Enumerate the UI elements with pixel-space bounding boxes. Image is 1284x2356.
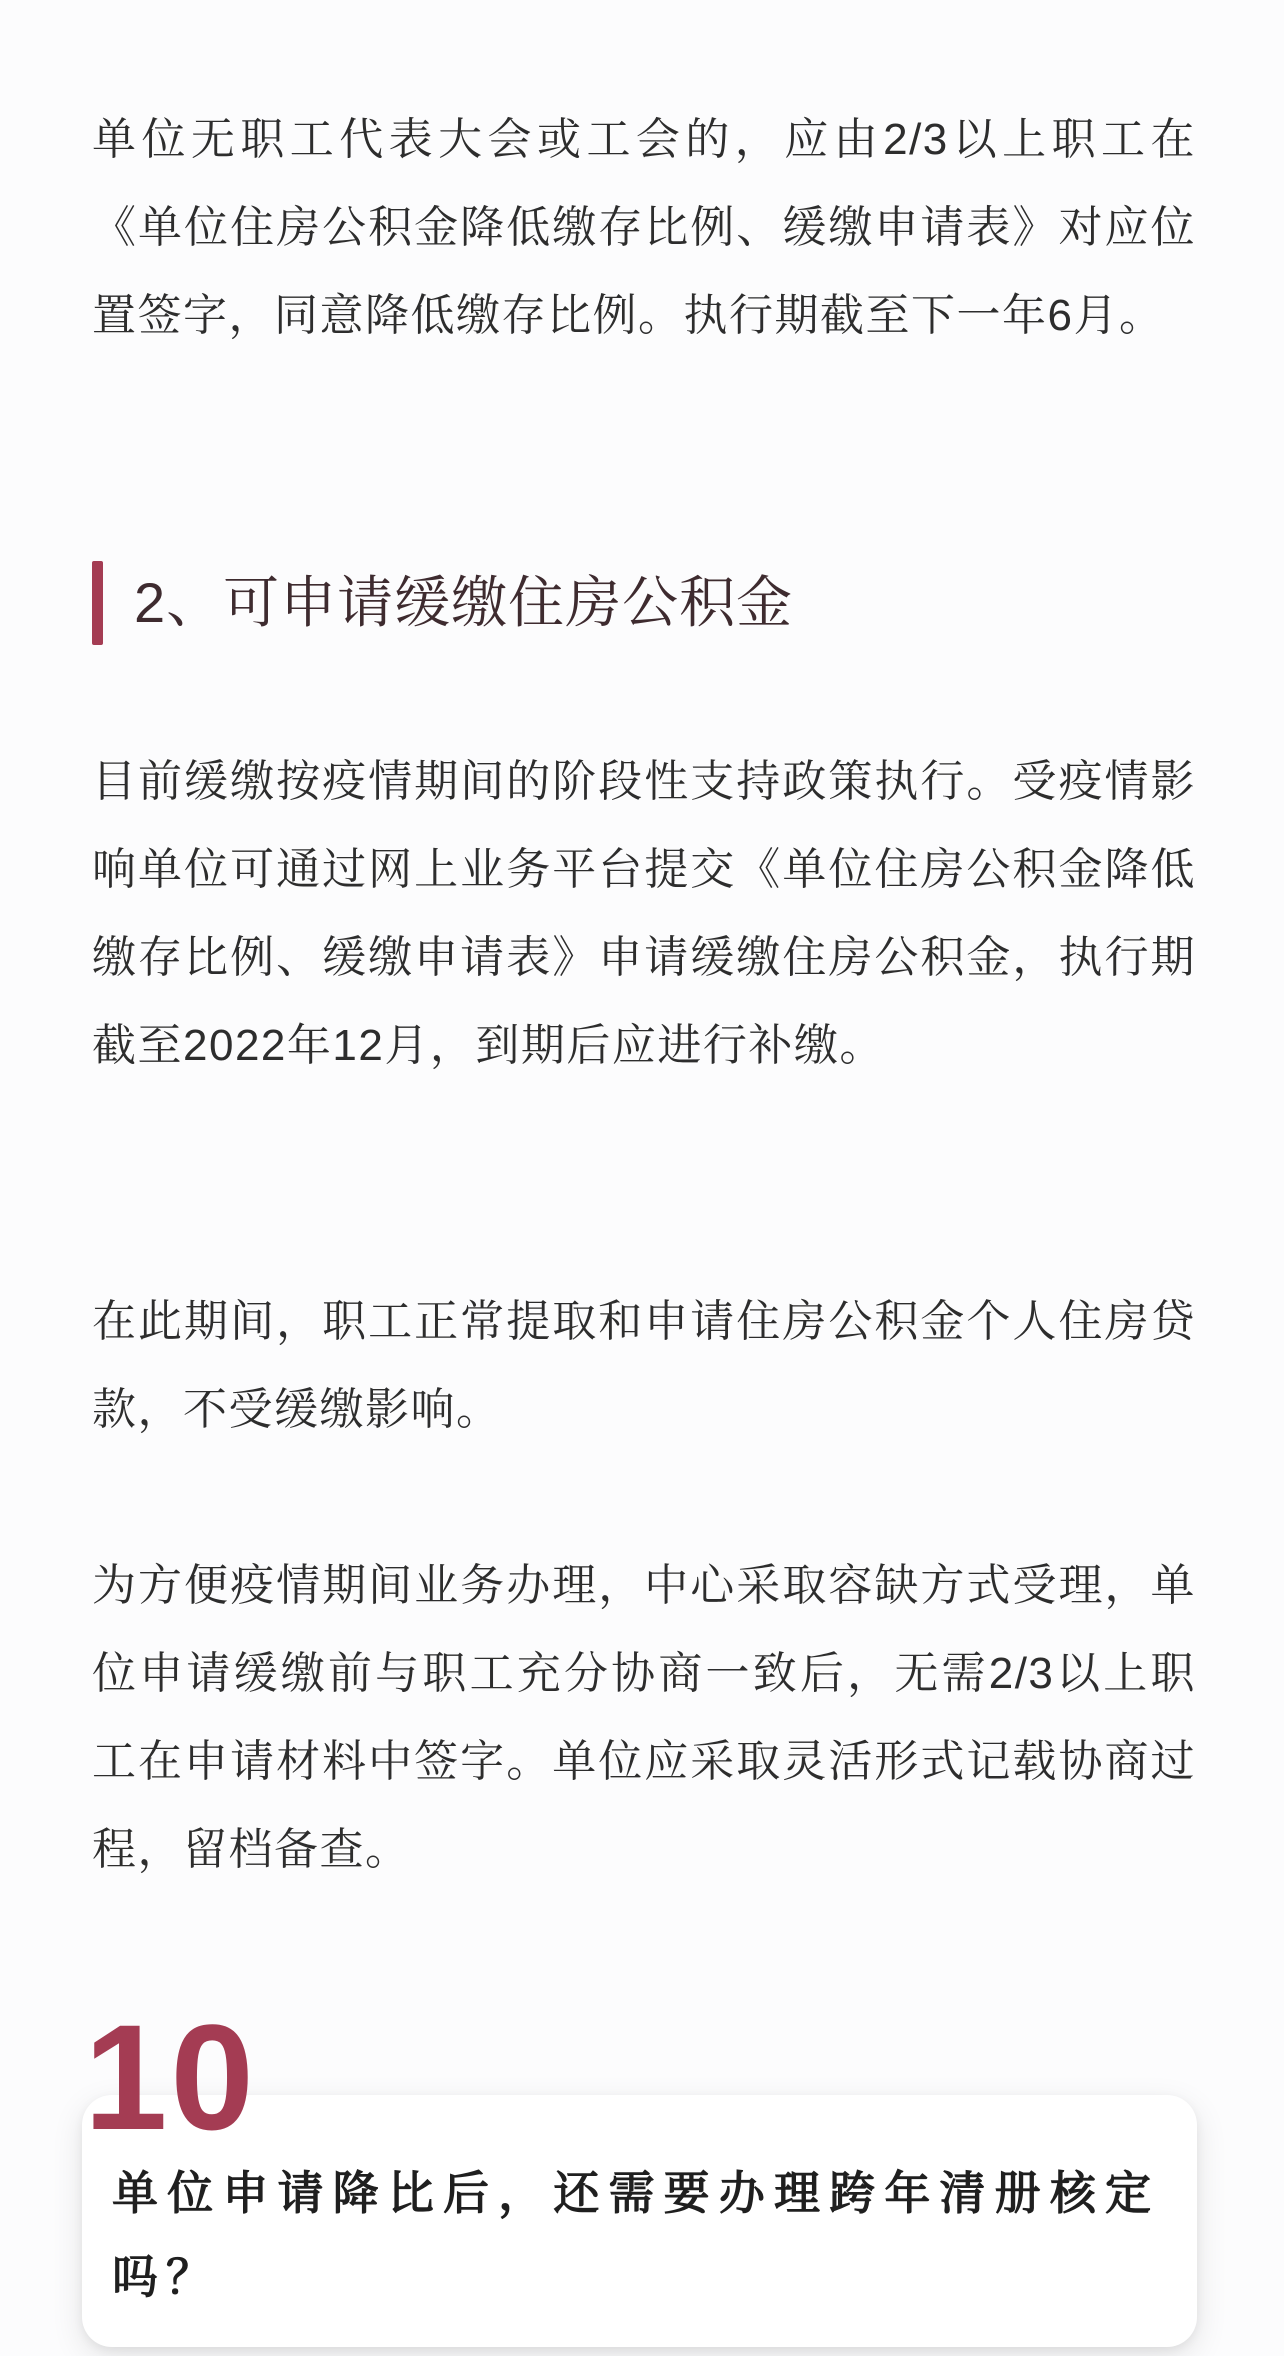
question-text: 单位申请降比后，还需要办理跨年清册核定吗？ <box>112 2151 1159 2319</box>
article-page: 单位无职工代表大会或工会的，应由2/3以上职工在《单位住房公积金降低缴存比例、缓… <box>0 0 1284 2356</box>
section-heading: 2、可申请缓缴住房公积金 <box>92 561 793 645</box>
body-paragraph-3: 为方便疫情期间业务办理，中心采取容缺方式受理，单位申请缓缴前与职工充分协商一致后… <box>92 1542 1196 1894</box>
intro-paragraph: 单位无职工代表大会或工会的，应由2/3以上职工在《单位住房公积金降低缴存比例、缓… <box>92 96 1196 360</box>
body-paragraph-1: 目前缓缴按疫情期间的阶段性支持政策执行。受疫情影响单位可通过网上业务平台提交《单… <box>92 738 1196 1090</box>
heading-accent-bar <box>92 561 103 645</box>
body-paragraph-2: 在此期间，职工正常提取和申请住房公积金个人住房贷款，不受缓缴影响。 <box>92 1278 1196 1454</box>
item-number: 10 <box>84 2002 257 2152</box>
section-heading-text: 2、可申请缓缴住房公积金 <box>134 561 793 645</box>
